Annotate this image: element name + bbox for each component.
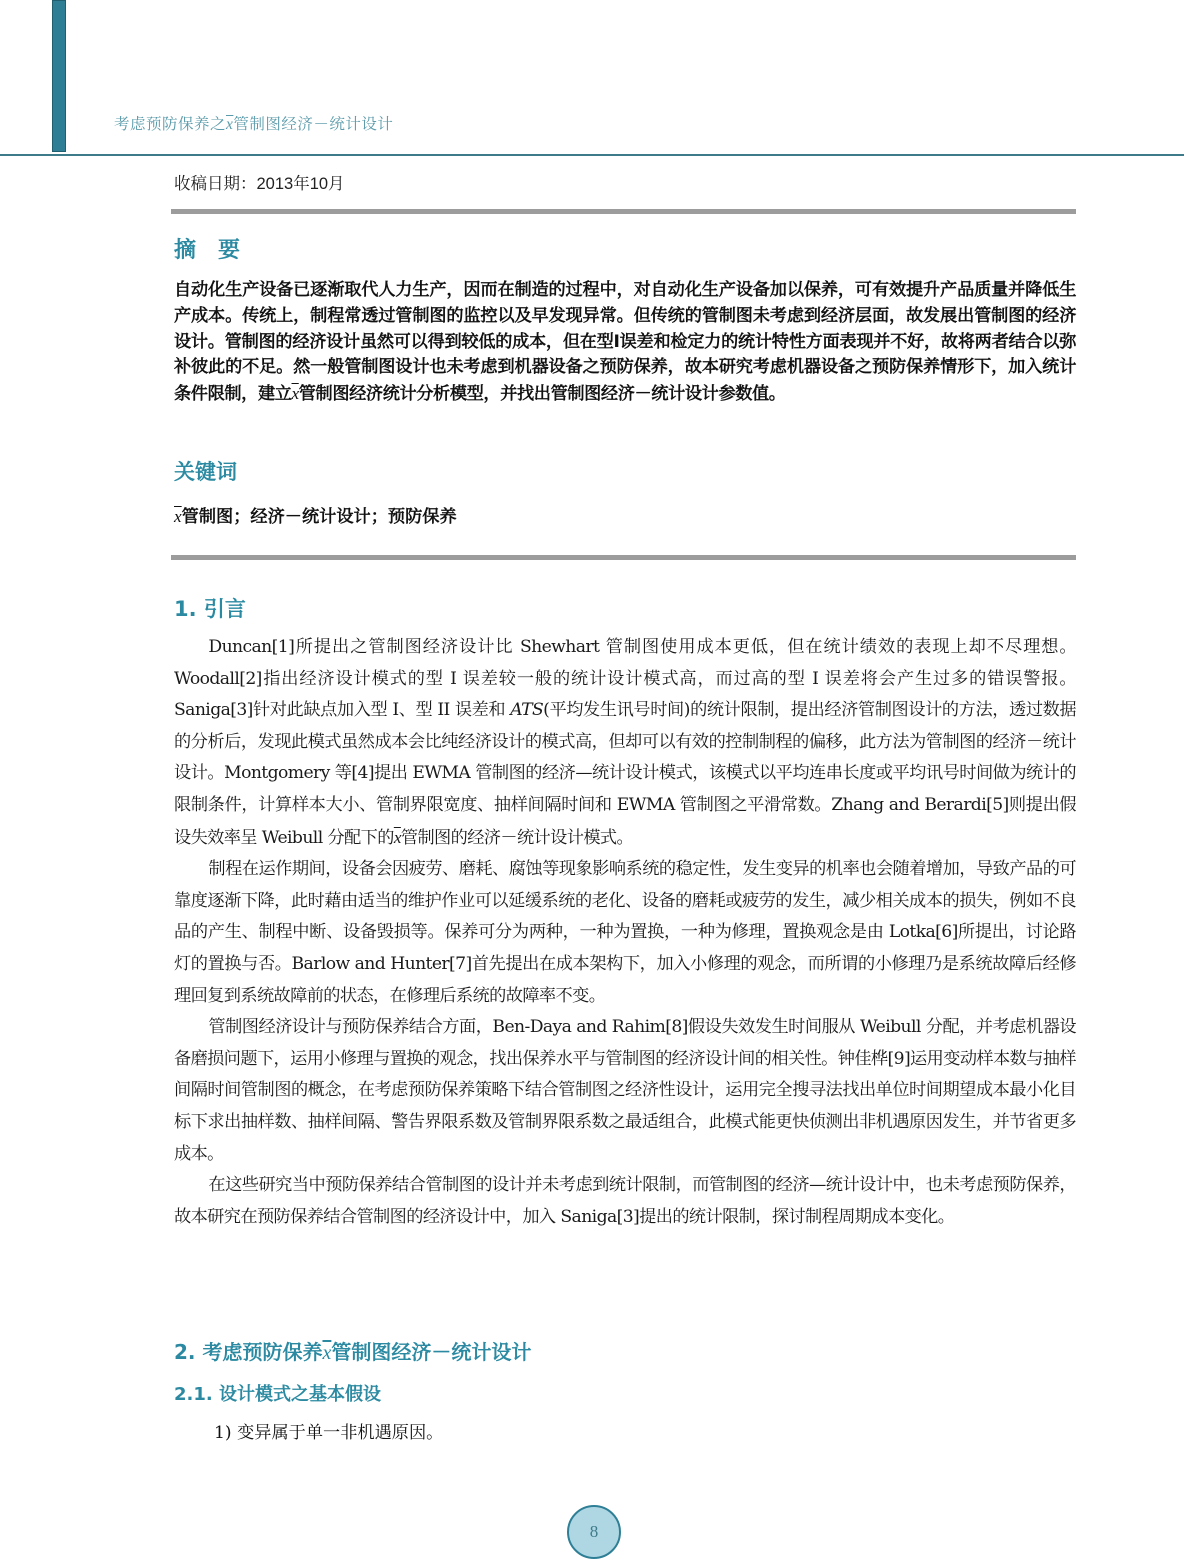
- page-number: 8: [567, 1505, 621, 1559]
- section-1-title: 1. 引言: [174, 593, 246, 623]
- xbar-symbol: x: [394, 828, 401, 847]
- abstract-title: 摘 要: [174, 233, 240, 264]
- keywords-text: 管制图；经济－统计设计；预防保养: [182, 507, 457, 527]
- section-1-body: Duncan[1]所提出之管制图经济设计比 Shewhart 管制图使用成本更低…: [174, 632, 1076, 1233]
- ats-term: ATS: [510, 700, 543, 720]
- xbar-symbol: x: [174, 507, 182, 526]
- running-head-suffix: 管制图经济－统计设计: [233, 115, 393, 133]
- section-2-title: 2. 考虑预防保养x管制图经济－统计设计: [174, 1336, 531, 1365]
- section-2-title-prefix: 2. 考虑预防保养: [174, 1340, 322, 1364]
- paragraph: 制程在运作期间，设备会因疲劳、磨耗、腐蚀等现象影响系统的稳定性，发生变异的机率也…: [174, 854, 1076, 1012]
- paragraph: 管制图经济设计与预防保养结合方面，Ben-Daya and Rahim[8]假设…: [174, 1012, 1076, 1170]
- assumption-item: 1) 变异属于单一非机遇原因。: [214, 1418, 443, 1443]
- abstract-text-part: 管制图经济统计分析模型，并找出管制图经济－统计设计参数值。: [299, 384, 786, 404]
- running-head: 考虑预防保养之x管制图经济－统计设计: [114, 112, 393, 134]
- paragraph: Duncan[1]所提出之管制图经济设计比 Shewhart 管制图使用成本更低…: [174, 632, 1076, 854]
- abstract-text: 自动化生产设备已逐渐取代人力生产，因而在制造的过程中，对自动化生产设备加以保养，…: [174, 278, 1076, 408]
- running-head-prefix: 考虑预防保养之: [114, 115, 226, 133]
- section-2-title-suffix: 管制图经济－统计设计: [331, 1340, 531, 1364]
- received-date: 收稿日期：2013年10月: [174, 170, 345, 194]
- abstract-top-rule: [171, 209, 1076, 214]
- subsection-2-1-title: 2.1. 设计模式之基本假设: [174, 1380, 381, 1406]
- header-accent-bar: [52, 0, 66, 152]
- text: (平均发生讯号时间)的统计限制，提出经济管制图设计的方法，透过数据的分析后，发现…: [174, 700, 1076, 847]
- paragraph: 在这些研究当中预防保养结合管制图的设计并未考虑到统计限制，而管制图的经济—统计设…: [174, 1170, 1076, 1233]
- xbar-symbol: x: [292, 384, 299, 403]
- text: 管制图的经济－统计设计模式。: [401, 828, 633, 848]
- abstract-bottom-rule: [171, 555, 1076, 560]
- keywords-list: x管制图；经济－统计设计；预防保养: [174, 502, 457, 527]
- header-rule: [0, 154, 1184, 156]
- keywords-title: 关键词: [174, 456, 237, 486]
